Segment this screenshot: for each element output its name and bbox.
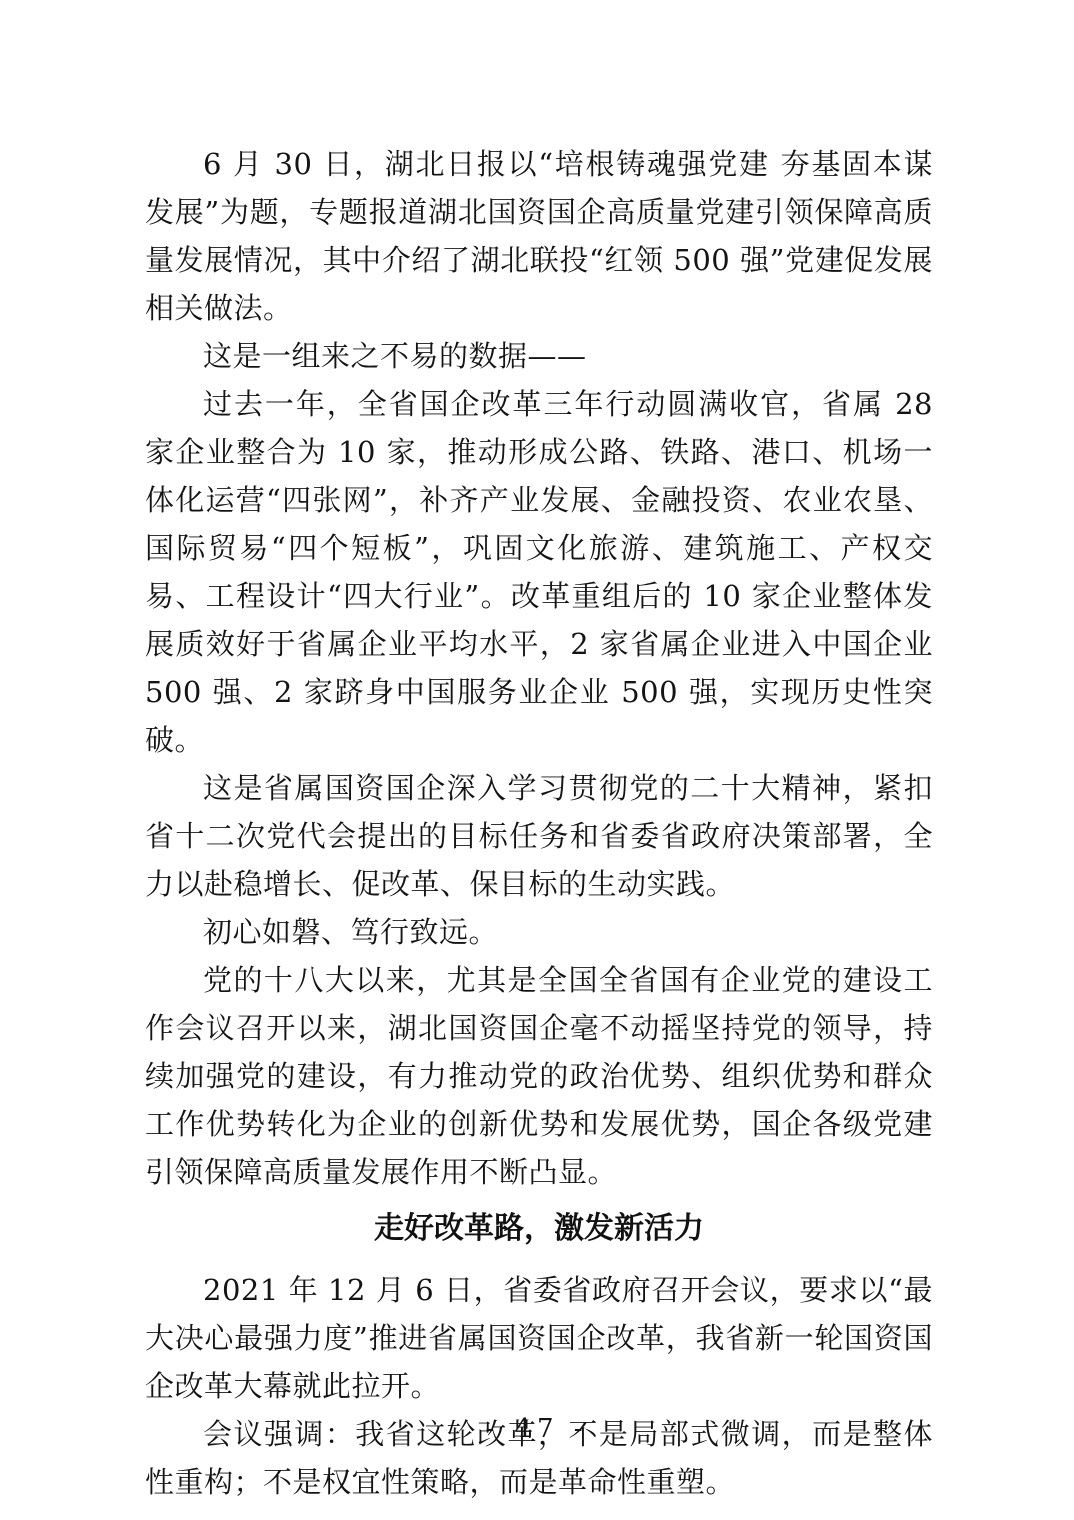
paragraph: 初心如磐、笃行致远。 [145, 908, 933, 956]
paragraph: 党的十八大以来，尤其是全国全省国有企业党的建设工作会议召开以来，湖北国资国企毫不… [145, 956, 933, 1196]
section-heading: 走好改革路，激发新活力 [145, 1206, 933, 1252]
paragraph: 2021 年 12 月 6 日，省委省政府召开会议，要求以“最大决心最强力度”推… [145, 1266, 933, 1410]
paragraph: 这是一组来之不易的数据—— [145, 332, 933, 380]
document-page: 6 月 30 日，湖北日报以“培根铸魂强党建 夯基固本谋发展”为题，专题报道湖北… [0, 0, 1074, 1520]
page-number: - 47 - [485, 1414, 588, 1444]
paragraph: 6 月 30 日，湖北日报以“培根铸魂强党建 夯基固本谋发展”为题，专题报道湖北… [145, 140, 933, 332]
page-footer: - 47 - [0, 1412, 1074, 1446]
paragraph: 过去一年，全省国企改革三年行动圆满收官，省属 28 家企业整合为 10 家，推动… [145, 380, 933, 764]
document-body: 6 月 30 日，湖北日报以“培根铸魂强党建 夯基固本谋发展”为题，专题报道湖北… [145, 140, 933, 1506]
paragraph: 这是省属国资国企深入学习贯彻党的二十大精神，紧扣省十二次党代会提出的目标任务和省… [145, 764, 933, 908]
